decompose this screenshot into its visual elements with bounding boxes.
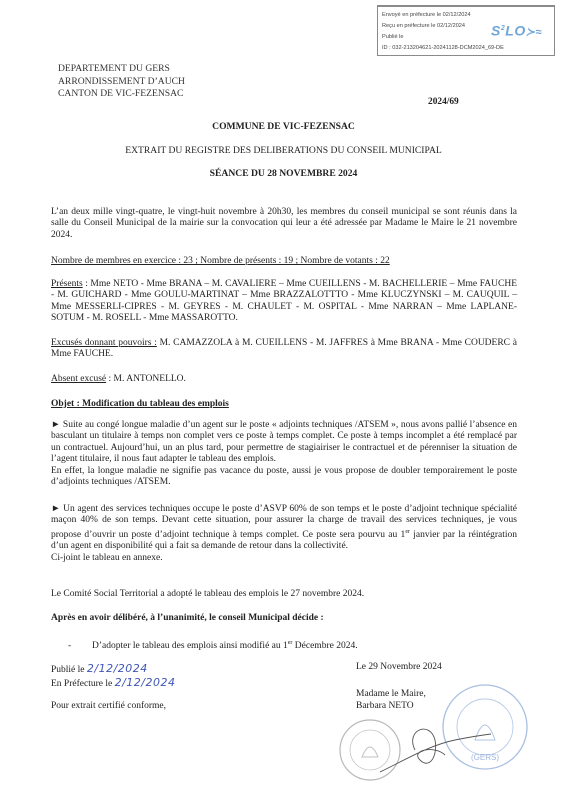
absent-label: Absent excusé xyxy=(51,374,106,384)
department: DEPARTEMENT DU GERS xyxy=(58,63,185,76)
published-date-handwritten: 2/12/2024 xyxy=(87,662,148,675)
absent: Absent excusé : M. ANTONELLO. xyxy=(51,374,517,385)
bird-icon: ≻≈ xyxy=(526,27,542,39)
s2lo-logo: S2LO≻≈ xyxy=(491,23,542,39)
subject: Objet : Modification du tableau des empl… xyxy=(51,399,517,410)
arrondissement: ARRONDISSEMENT D’AUCH xyxy=(58,76,185,89)
proxies: Excusés donnant pouvoirs : M. CAMAZZOLA … xyxy=(51,338,517,361)
decision-heading: Après en avoir délibéré, à l’unanimité, … xyxy=(51,613,517,624)
session-title: SÉANCE DU 28 NOVEMBRE 2024 xyxy=(0,168,567,179)
commune-title: COMMUNE DE VIC-FEZENSAC xyxy=(0,121,567,132)
prefecture-label: En Préfecture le xyxy=(51,679,112,689)
paragraph-2-text: ► Un agent des services techniques occup… xyxy=(51,504,517,553)
paragraph-1-effect: En effet, la longue maladie ne signifie … xyxy=(51,466,517,489)
paragraph-2: ► Un agent des services techniques occup… xyxy=(51,504,517,564)
certified-statement: Pour extrait certifié conforme, xyxy=(51,701,166,711)
annex-note: Ci-joint le tableau en annexe. xyxy=(51,553,517,564)
prefecture-date-handwritten: 2/12/2024 xyxy=(115,676,176,689)
intro-paragraph: L’an deux mille vingt-quatre, le vingt-h… xyxy=(51,207,517,241)
stamp-id: ID : 032-213204621-20241128-DCM2024_69-D… xyxy=(382,43,550,54)
published-line: Publié le 2/12/2024 xyxy=(51,662,148,675)
decision-item: D’adopter le tableau des emplois ainsi m… xyxy=(92,641,288,651)
administrative-header: DEPARTEMENT DU GERS ARRONDISSEMENT D’AUC… xyxy=(58,63,185,101)
published-label: Publié le xyxy=(51,665,85,675)
present-members: Présents : Mme NETO - Mme BRANA – M. CAV… xyxy=(51,279,517,325)
prefecture-line: En Préfecture le 2/12/2024 xyxy=(51,676,175,689)
stamp-sent: Envoyé en préfecture le 02/12/2024 xyxy=(382,10,550,21)
absent-list: : M. ANTONELLO. xyxy=(106,374,186,384)
committee-note: Le Comité Social Territorial a adopté le… xyxy=(51,589,517,600)
present-list: : Mme NETO - Mme BRANA – M. CAVALIERE – … xyxy=(51,279,517,323)
signature-icon xyxy=(375,720,495,780)
canton: CANTON DE VIC-FEZENSAC xyxy=(58,88,185,101)
proxies-label: Excusés donnant pouvoirs : xyxy=(51,338,157,348)
paragraph-1-text: ► Suite au congé longue maladie d’un age… xyxy=(51,420,517,466)
paragraph-1: ► Suite au congé longue maladie d’un age… xyxy=(51,420,517,488)
prefecture-stamp: Envoyé en préfecture le 02/12/2024 Reçu … xyxy=(377,5,555,56)
signature-date: Le 29 Novembre 2024 xyxy=(356,662,442,674)
deliberation-number: 2024/69 xyxy=(428,97,459,107)
signer-name: Barbara NETO xyxy=(356,701,426,713)
present-label: Présents xyxy=(51,279,83,289)
dash-bullet: - xyxy=(68,641,92,651)
signer-block: Madame le Maire, Barbara NETO xyxy=(356,689,426,712)
decision-item-end: Décembre 2024. xyxy=(292,641,357,651)
decision-list: -D’adopter le tableau des emplois ainsi … xyxy=(68,640,358,651)
signer-title: Madame le Maire, xyxy=(356,689,426,701)
extract-title: EXTRAIT DU REGISTRE DES DELIBERATIONS DU… xyxy=(0,145,567,156)
member-counts: Nombre de membres en exercice : 23 ; Nom… xyxy=(51,256,517,267)
